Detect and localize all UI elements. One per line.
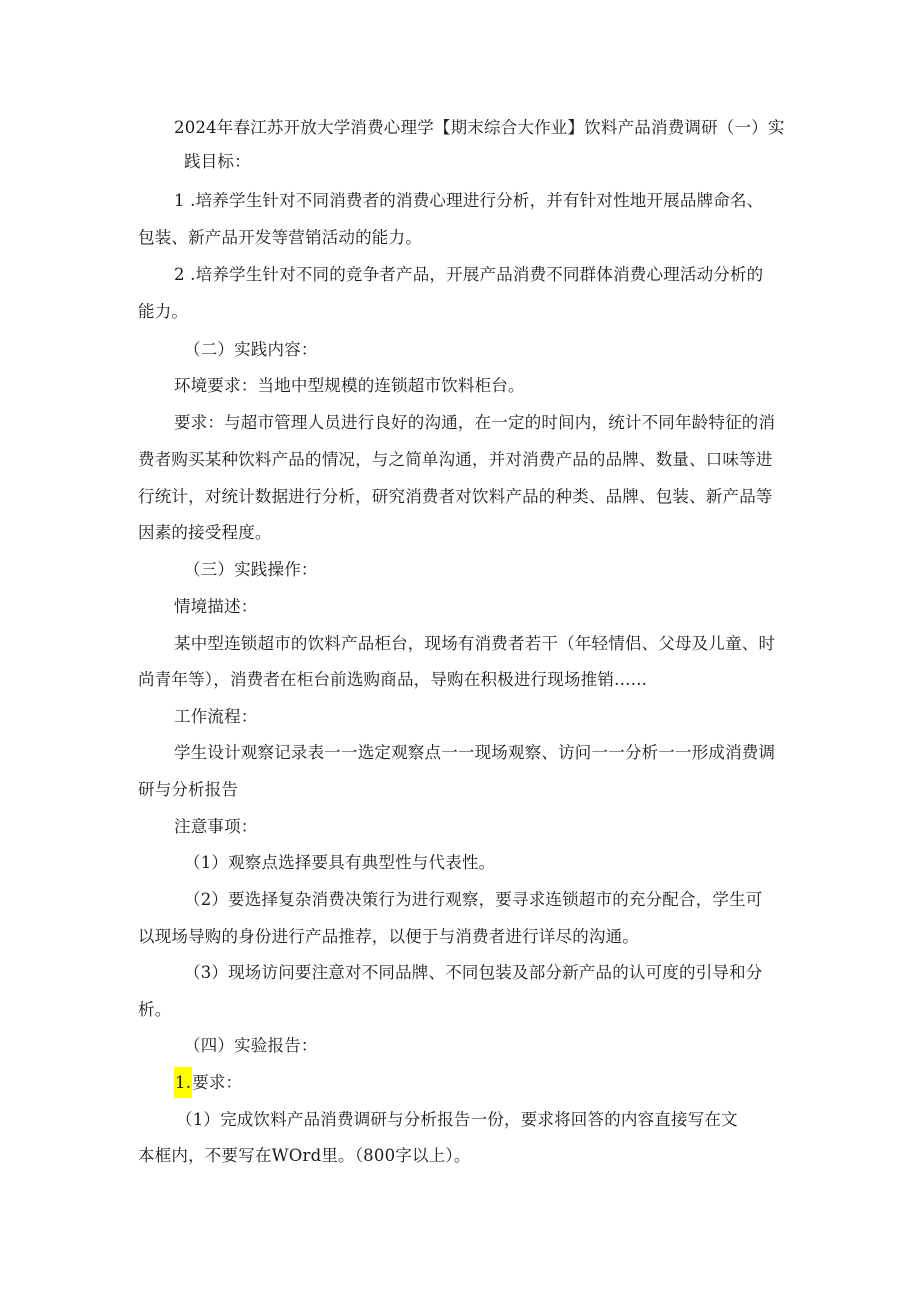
- report-requirement-line2: 本框内，不要写在WOrd里。（800字以上）。: [138, 1146, 471, 1166]
- requirement-line-1: 要求：与超市管理人员进行良好的沟通，在一定的时间内，统计不同年龄特征的消: [174, 413, 775, 433]
- report-requirement-label: 要求：: [192, 1073, 242, 1092]
- requirement-line-2: 费者购买某种饮料产品的情况，与之简单沟通，并对消费产品的品牌、数量、口味等进: [138, 450, 773, 470]
- goal-2-line1: 2 .培养学生针对不同的竞争者产品，开展产品消费不同群体消费心理活动分析的: [174, 265, 763, 285]
- section2-heading: （二）实践内容：: [184, 340, 318, 360]
- goal-1-line2: 包装、新产品开发等营销活动的能力。: [138, 228, 422, 248]
- note-3-line1: （3）现场访问要注意对不同品牌、不同包装及部分新产品的认可度的引导和分: [184, 963, 763, 983]
- note-2-line2: 以现场导购的身份进行产品推荐，以便于与消费者进行详尽的沟通。: [138, 927, 639, 947]
- scenario-line-2: 尚青年等），消费者在柜台前选购商品，导购在积极进行现场推销…...: [138, 670, 647, 690]
- environment-requirement: 环境要求：当地中型规模的连锁超市饮料柜台。: [174, 376, 525, 396]
- section4-heading: （四）实验报告：: [184, 1036, 318, 1056]
- note-1: （1）观察点选择要具有典型性与代表性。: [184, 853, 495, 873]
- document-title: 2024年春江苏开放大学消费心理学【期末综合大作业】饮料产品消费调研（一）实: [174, 118, 785, 138]
- workflow-line-2: 研与分析报告: [138, 780, 238, 800]
- document-page: 2024年春江苏开放大学消费心理学【期末综合大作业】饮料产品消费调研（一）实 践…: [0, 0, 920, 1301]
- section3-heading: （三）实践操作：: [184, 560, 318, 580]
- scenario-label: 情境描述：: [174, 597, 258, 617]
- notes-label: 注意事项：: [174, 817, 258, 837]
- report-requirement-line1: （1）完成饮料产品消费调研与分析报告一份，要求将回答的内容直接写在文: [176, 1110, 738, 1130]
- workflow-label: 工作流程：: [174, 707, 258, 727]
- requirement-line-4: 因素的接受程度。: [138, 523, 272, 543]
- requirement-line-3: 行统计，对统计数据进行分析，研究消费者对饮料产品的种类、品牌、包装、新产品等: [138, 487, 773, 507]
- goal-1-line1: 1 .培养学生针对不同消费者的消费心理进行分析，并有针对性地开展品牌命名、: [174, 191, 763, 211]
- section1-heading: 践目标：: [184, 152, 251, 172]
- goal-2-line2: 能力。: [138, 302, 188, 322]
- report-requirement-heading: 1.要求：: [174, 1073, 242, 1093]
- highlighted-item-number: 1.: [174, 1067, 192, 1098]
- note-3-line2: 析。: [138, 1000, 171, 1020]
- note-2-line1: （2）要选择复杂消费决策行为进行观察，要寻求连锁超市的充分配合，学生可: [184, 890, 763, 910]
- scenario-line-1: 某中型连锁超市的饮料产品柜台，现场有消费者若干（年轻情侣、父母及儿童、时: [174, 634, 775, 654]
- workflow-line-1: 学生设计观察记录表一一选定观察点一一现场观察、访问一一分析一一形成消费调: [174, 743, 775, 763]
